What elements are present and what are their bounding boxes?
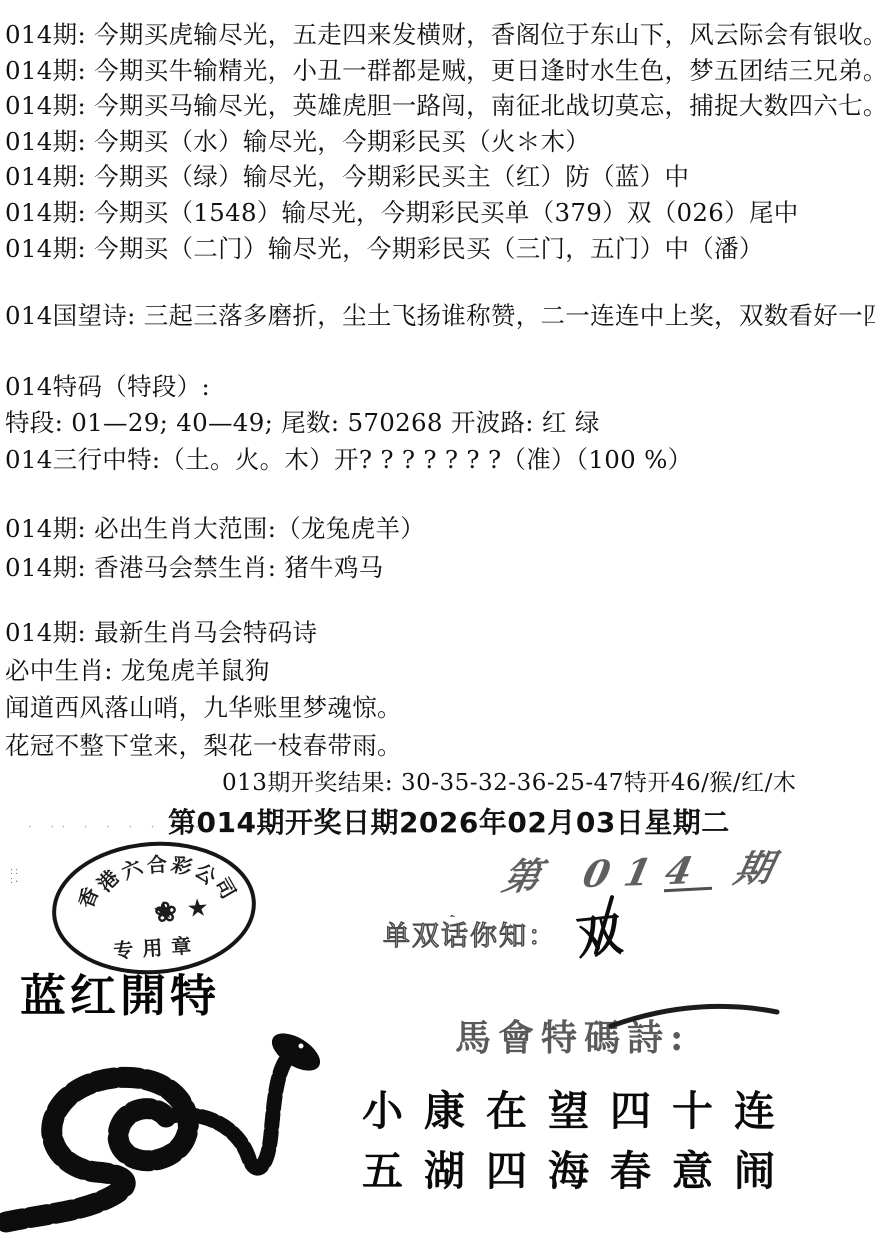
company-stamp: 香 港 六 合 彩 公 司 ★ ★ ❀ ★ ★ 专用章 <box>48 835 261 981</box>
special-range-line: 特段: 01—29; 40—49; 尾数: 570268 开波路: 红 绿 <box>5 404 600 439</box>
stamp-arc-char: 合 <box>146 848 168 878</box>
lottery-tip-sheet: 014期: 今期买虎输尽光，五走四来发横财，香阁位于东山下，风云际会有银收。 0… <box>0 0 875 1238</box>
scan-smudge: ˸˸˸· <box>10 868 21 886</box>
tip-line: 014期: 今期买虎输尽光，五走四来发横财，香阁位于东山下，风云际会有银收。 <box>5 17 875 53</box>
snake-icon <box>0 1016 340 1236</box>
zodiac-poem-title: 014期: 最新生肖马会特码诗 <box>5 614 317 649</box>
tip-line: 014期: 今期买（水）输尽光，今期彩民买（火＊木） <box>5 124 875 160</box>
zodiac-poem-line2: 花冠不整下堂来，梨花一枝春带雨。 <box>5 727 402 762</box>
tip-line: 014期: 今期买马输尽光，英雄虎胆一路闯，南征北战切莫忘，捕捉大数四六七。 <box>5 88 875 124</box>
star-icons: ★ ★ <box>153 894 212 923</box>
scan-noise: · ·· · · · · · · <box>28 820 206 835</box>
tip-lines-block: 014期: 今期买虎输尽光，五走四来发横财，香阁位于东山下，风云际会有银收。 0… <box>5 17 875 266</box>
zodiac-poem-line1: 闻道西风落山哨，九华账里梦魂惊。 <box>5 689 402 724</box>
slogan-line-2: 五湖四海春意闹 <box>362 1138 796 1197</box>
guowang-poem-line: 014国望诗: 三起三落多磨折，尘土飞扬谁称赞，二一连连中上奖，双数看好一四码。 <box>5 297 875 332</box>
slogan-line-1: 小康在望四十连 <box>362 1078 796 1137</box>
sanxing-line: 014三行中特:（土。火。木）开? ? ? ? ? ? ?（准）（100 %） <box>5 441 692 476</box>
tip-line: 014期: 今期买（1548）输尽光，今期彩民买单（379）双（026）尾中 <box>5 195 875 231</box>
zodiac-poem-must: 必中生肖: 龙兔虎羊鼠狗 <box>5 652 270 687</box>
zodiac-must-line: 014期: 必出生肖大范围:（龙兔虎羊） <box>5 510 425 545</box>
special-code-title: 014特码（特段）: <box>5 368 210 403</box>
handwritten-issue-number: 第 014 期 <box>498 837 794 901</box>
prev-draw-result-line: 013期开奖结果: 30-35-32-36-25-47特开46/猴/红/木 <box>222 764 796 797</box>
tip-line: 014期: 今期买牛输精光，小丑一群都是贼，更日逢时水生色，梦五团结三兄弟。 <box>5 53 875 89</box>
ink-swoosh <box>607 1002 782 1032</box>
next-draw-date-line: 第014期开奖日期2026年02月03日星期二 <box>168 801 730 841</box>
tip-line: 014期: 今期买（绿）输尽光，今期彩民买主（红）防（蓝）中 <box>5 159 875 195</box>
zodiac-ban-line: 014期: 香港马会禁生肖: 猪牛鸡马 <box>5 549 384 584</box>
tip-line: 014期: 今期买（二门）输尽光，今期彩民买（三门，五门）中（潘） <box>5 231 875 267</box>
danshuang-hint-label: 单双话你知： <box>383 914 557 953</box>
